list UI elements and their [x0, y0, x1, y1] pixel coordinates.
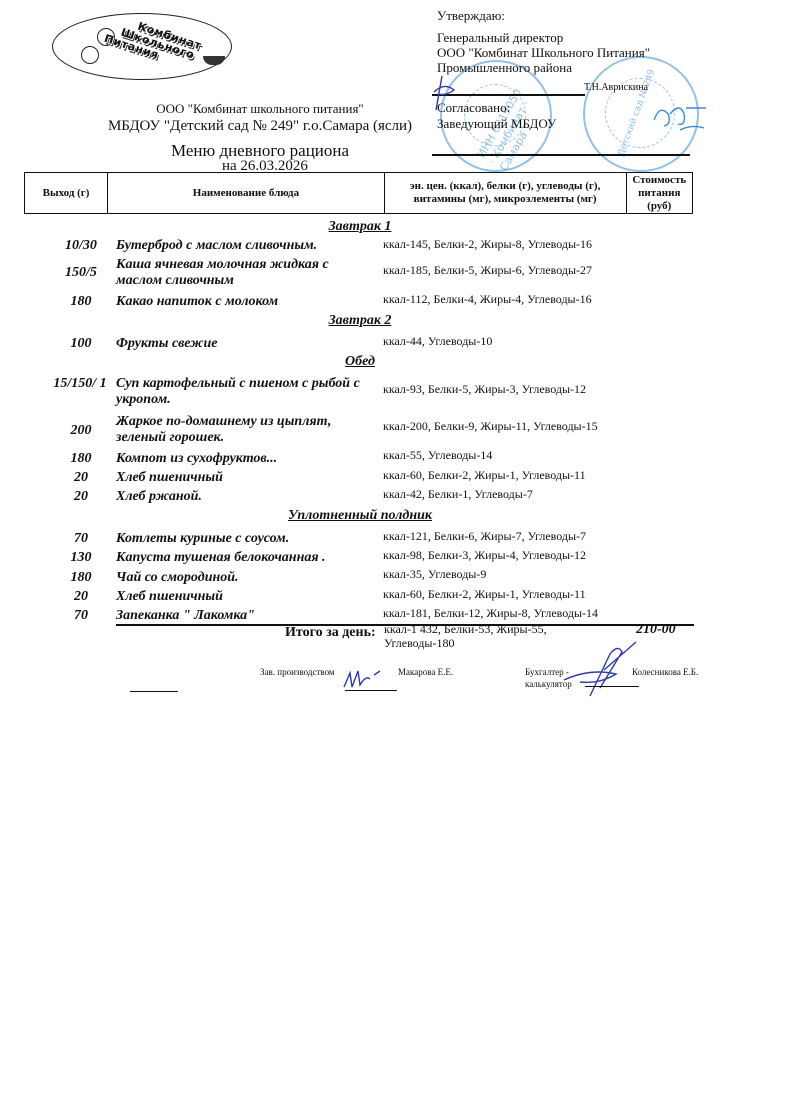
nutrition: ккал-55, Углеводы-14	[383, 448, 613, 462]
dish-name: Фрукты свежие	[116, 336, 376, 352]
dish-name: Чай со смородиной.	[116, 570, 376, 586]
portion: 200	[46, 423, 116, 439]
approver-position-line: ООО "Комбинат Школьного Питания"	[437, 45, 650, 60]
portion: 150/5	[46, 265, 116, 281]
portion: 180	[46, 570, 116, 586]
nutrition: ккал-60, Белки-2, Жиры-1, Углеводы-11	[383, 587, 613, 601]
production-manager-label: Зав. производством	[260, 667, 335, 677]
company-logo: Комбинат Школьного Питания	[52, 13, 232, 80]
dish-name: Суп картофельный с пшеном с рыбой с укро…	[116, 376, 376, 408]
blank-signature-line	[130, 691, 178, 692]
nutrition: ккал-35, Углеводы-9	[383, 567, 613, 581]
nutrition: ккал-44, Углеводы-10	[383, 334, 613, 348]
column-header-dish: Наименование блюда	[108, 173, 385, 213]
portion: 180	[46, 294, 116, 310]
column-header-portion: Выход (г)	[25, 173, 108, 213]
section-title-lunch: Обед	[0, 354, 720, 370]
nutrition: ккал-112, Белки-4, Жиры-4, Углеводы-16	[383, 292, 613, 306]
agreed-position: Заведующий МБДОУ	[437, 116, 556, 131]
nutrition: ккал-181, Белки-12, Жиры-8, Углеводы-14	[383, 606, 613, 620]
dish-name: Компот из сухофруктов...	[116, 451, 376, 467]
nutrition: ккал-121, Белки-6, Жиры-7, Углеводы-7	[383, 529, 613, 543]
nutrition: ккал-42, Белки-1, Углеводы-7	[383, 487, 613, 501]
portion: 180	[46, 451, 116, 467]
dish-name: Каша ячневая молочная жидкая с маслом сл…	[116, 257, 376, 289]
logo-text: Комбинат Школьного Питания	[130, 21, 203, 73]
nutrition: ккал-200, Белки-9, Жиры-11, Углеводы-15	[383, 419, 613, 433]
approver-position-line: Генеральный директор	[437, 30, 563, 45]
nutrition: ккал-60, Белки-2, Жиры-1, Углеводы-11	[383, 468, 613, 482]
approve-label: Утверждаю:	[437, 8, 505, 23]
total-nutrition-line: Углеводы-180	[384, 636, 584, 650]
production-manager-signature	[340, 665, 390, 691]
dish-name: Хлеб пшеничный	[116, 470, 376, 486]
section-title-afternoon-snack: Уплотненный полдник	[0, 508, 720, 524]
dish-name: Хлеб ржаной.	[116, 489, 376, 505]
section-title-breakfast-2: Завтрак 2	[0, 313, 720, 329]
dish-name: Бутерброд с маслом сливочным.	[116, 238, 376, 254]
dish-name: Котлеты куриные с соусом.	[116, 531, 376, 547]
accountant-signature	[560, 640, 640, 700]
nutrition: ккал-98, Белки-3, Жиры-4, Углеводы-12	[383, 548, 613, 562]
portion: 70	[46, 531, 116, 547]
section-title-breakfast-1: Завтрак 1	[0, 219, 720, 235]
dish-name: Жаркое по-домашнему из цыплят, зеленый г…	[116, 414, 376, 446]
production-manager-name: Макарова Е.Е.	[398, 667, 453, 677]
accountant-name: Колесникова Е.Б.	[632, 667, 698, 677]
total-nutrition: ккал-1 432, Белки-53, Жиры-55, Углеводы-…	[384, 622, 584, 650]
dish-name: Какао напиток с молоком	[116, 294, 376, 310]
portion: 100	[46, 336, 116, 352]
portion: 20	[46, 470, 116, 486]
portion: 10/30	[46, 238, 116, 254]
portion: 130	[46, 550, 116, 566]
total-cost: 210-00	[636, 622, 676, 638]
portion: 20	[46, 589, 116, 605]
head-signature	[650, 100, 710, 136]
portion: 70	[46, 608, 116, 624]
total-nutrition-line: ккал-1 432, Белки-53, Жиры-55,	[384, 622, 584, 636]
column-header-nutrition: эн. цен. (ккал), белки (г), углеводы (г)…	[385, 173, 627, 213]
portion: 20	[46, 489, 116, 505]
dish-name: Запеканка " Лакомка"	[116, 608, 376, 624]
table-header: Выход (г) Наименование блюда эн. цен. (к…	[24, 172, 693, 214]
agreed-signature-line	[432, 154, 690, 156]
nutrition: ккал-93, Белки-5, Жиры-3, Углеводы-12	[383, 382, 613, 396]
director-signature	[424, 72, 464, 112]
dish-name: Капуста тушеная белокочанная .	[116, 550, 376, 566]
total-label: Итого за день:	[285, 625, 376, 641]
nutrition: ккал-145, Белки-2, Жиры-8, Углеводы-16	[383, 237, 613, 251]
production-signature-line	[345, 690, 397, 691]
column-header-cost: Стоимость питания (руб)	[627, 173, 693, 213]
dish-name: Хлеб пшеничный	[116, 589, 376, 605]
bowl-icon	[203, 56, 225, 65]
nutrition: ккал-185, Белки-5, Жиры-6, Углеводы-27	[383, 263, 613, 277]
child-face-icon	[81, 46, 99, 64]
approver-name: Т.Н.Аврискина	[584, 82, 648, 93]
portion: 15/150/ 1	[50, 376, 110, 392]
accountant-signature-line	[585, 686, 639, 687]
